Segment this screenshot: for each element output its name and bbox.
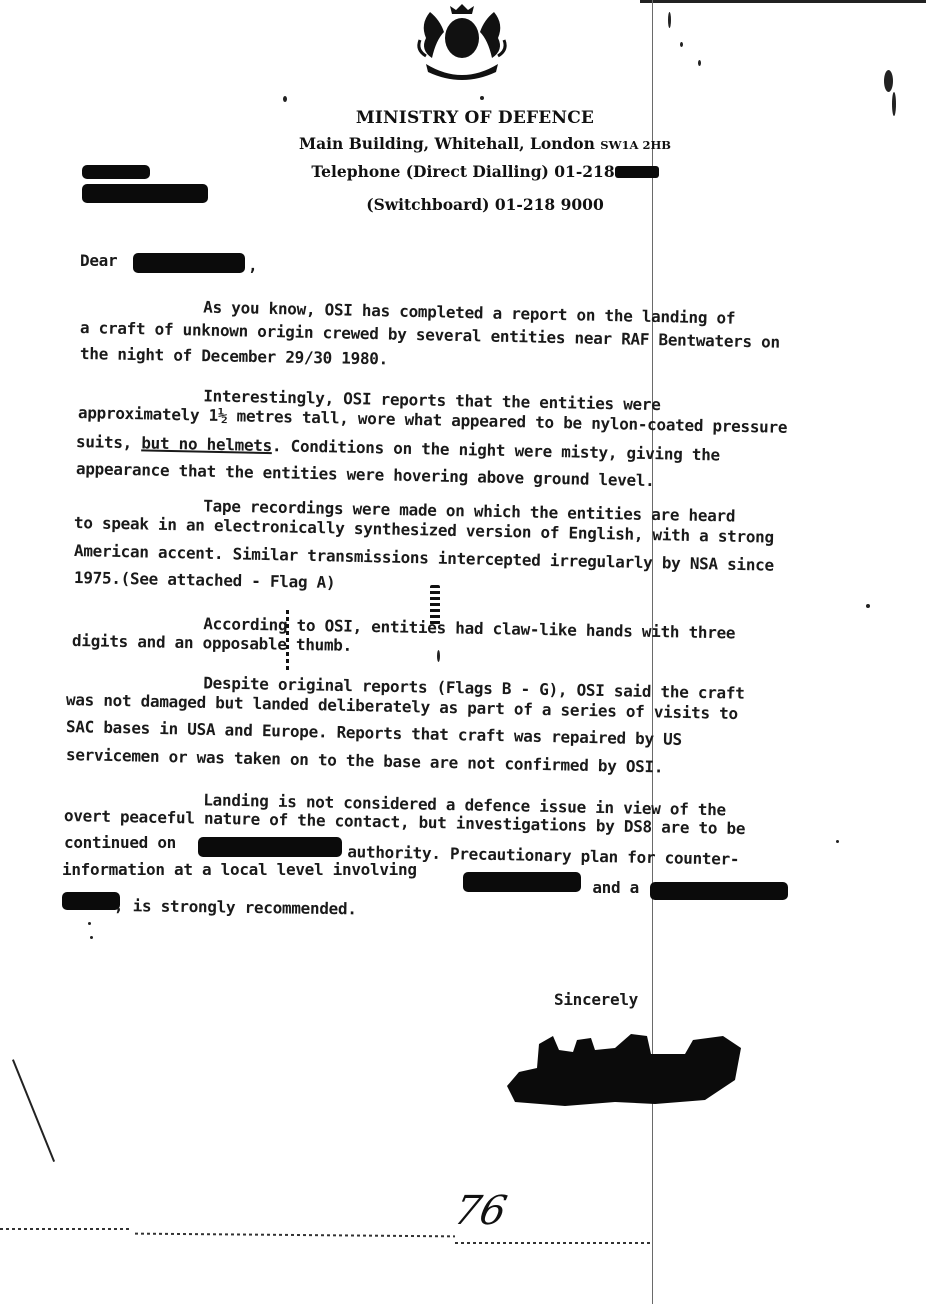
salutation-prefix: Dear [80, 251, 117, 270]
scan-artifact [668, 12, 671, 28]
redaction-phone-extension [615, 166, 659, 178]
redaction-and-a [650, 882, 788, 900]
organisation-name: MINISTRY OF DEFENCE [12, 108, 926, 128]
page-number: 76 [450, 1188, 511, 1234]
redaction-signature [505, 1030, 743, 1106]
body-line: continued on [64, 833, 185, 852]
body-line: the night of December 29/30 1980. [80, 344, 388, 368]
address-line: Main Building, Whitehall, London SW1A 2H… [22, 134, 926, 153]
address-postcode: SW1A 2HB [600, 138, 671, 152]
body-line: suits, but no helmets. Conditions on the… [76, 432, 720, 464]
scan-artifact [866, 604, 870, 608]
scan-artifact [0, 1228, 130, 1230]
scan-artifact [430, 585, 440, 625]
redaction-reference-2 [82, 184, 208, 203]
body-line: , is strongly recommended. [114, 896, 357, 918]
redaction-line-start [62, 892, 120, 910]
redaction-authority [198, 837, 342, 857]
telephone-direct: Telephone (Direct Dialling) 01-218 [311, 162, 614, 181]
scan-artifact [135, 1233, 455, 1238]
scan-artifact [12, 1059, 55, 1162]
underlined-phrase: but no helmets [141, 433, 272, 455]
scanned-letter-page: MINISTRY OF DEFENCE Main Building, White… [0, 0, 926, 1304]
redaction-involving [463, 872, 581, 892]
body-line: appearance that the entities were hoveri… [76, 459, 655, 490]
body-line: SAC bases in USA and Europe. Reports tha… [66, 717, 682, 749]
scan-artifact [698, 60, 701, 66]
scan-artifact [437, 650, 440, 662]
body-line: 1975.(See attached - Flag A) [74, 568, 336, 592]
closing-sincerely: Sincerely [554, 990, 638, 1009]
scan-artifact [90, 936, 93, 939]
body-line: and a [583, 878, 648, 897]
scan-artifact [283, 96, 287, 102]
redaction-reference-1 [82, 165, 150, 179]
scan-artifact [455, 1242, 650, 1244]
redaction-recipient-name [133, 253, 245, 273]
salutation-comma: , [248, 256, 257, 275]
body-text: suits, [76, 432, 142, 452]
scan-top-edge [640, 0, 926, 3]
scan-artifact [884, 70, 893, 92]
address-main: Main Building, Whitehall, London [299, 134, 600, 153]
telephone-direct-line: Telephone (Direct Dialling) 01-218 [22, 162, 926, 181]
royal-coat-of-arms-icon [412, 0, 512, 82]
scan-artifact [892, 92, 896, 116]
scan-artifact [286, 610, 289, 670]
scan-artifact [88, 922, 91, 925]
body-line: digits and an opposable thumb. [72, 631, 352, 655]
scan-artifact [680, 42, 683, 47]
scan-artifact [836, 840, 839, 843]
scan-artifact [480, 96, 484, 100]
body-line: servicemen or was taken on to the base a… [66, 745, 664, 777]
body-line: information at a local level involving [62, 860, 426, 879]
